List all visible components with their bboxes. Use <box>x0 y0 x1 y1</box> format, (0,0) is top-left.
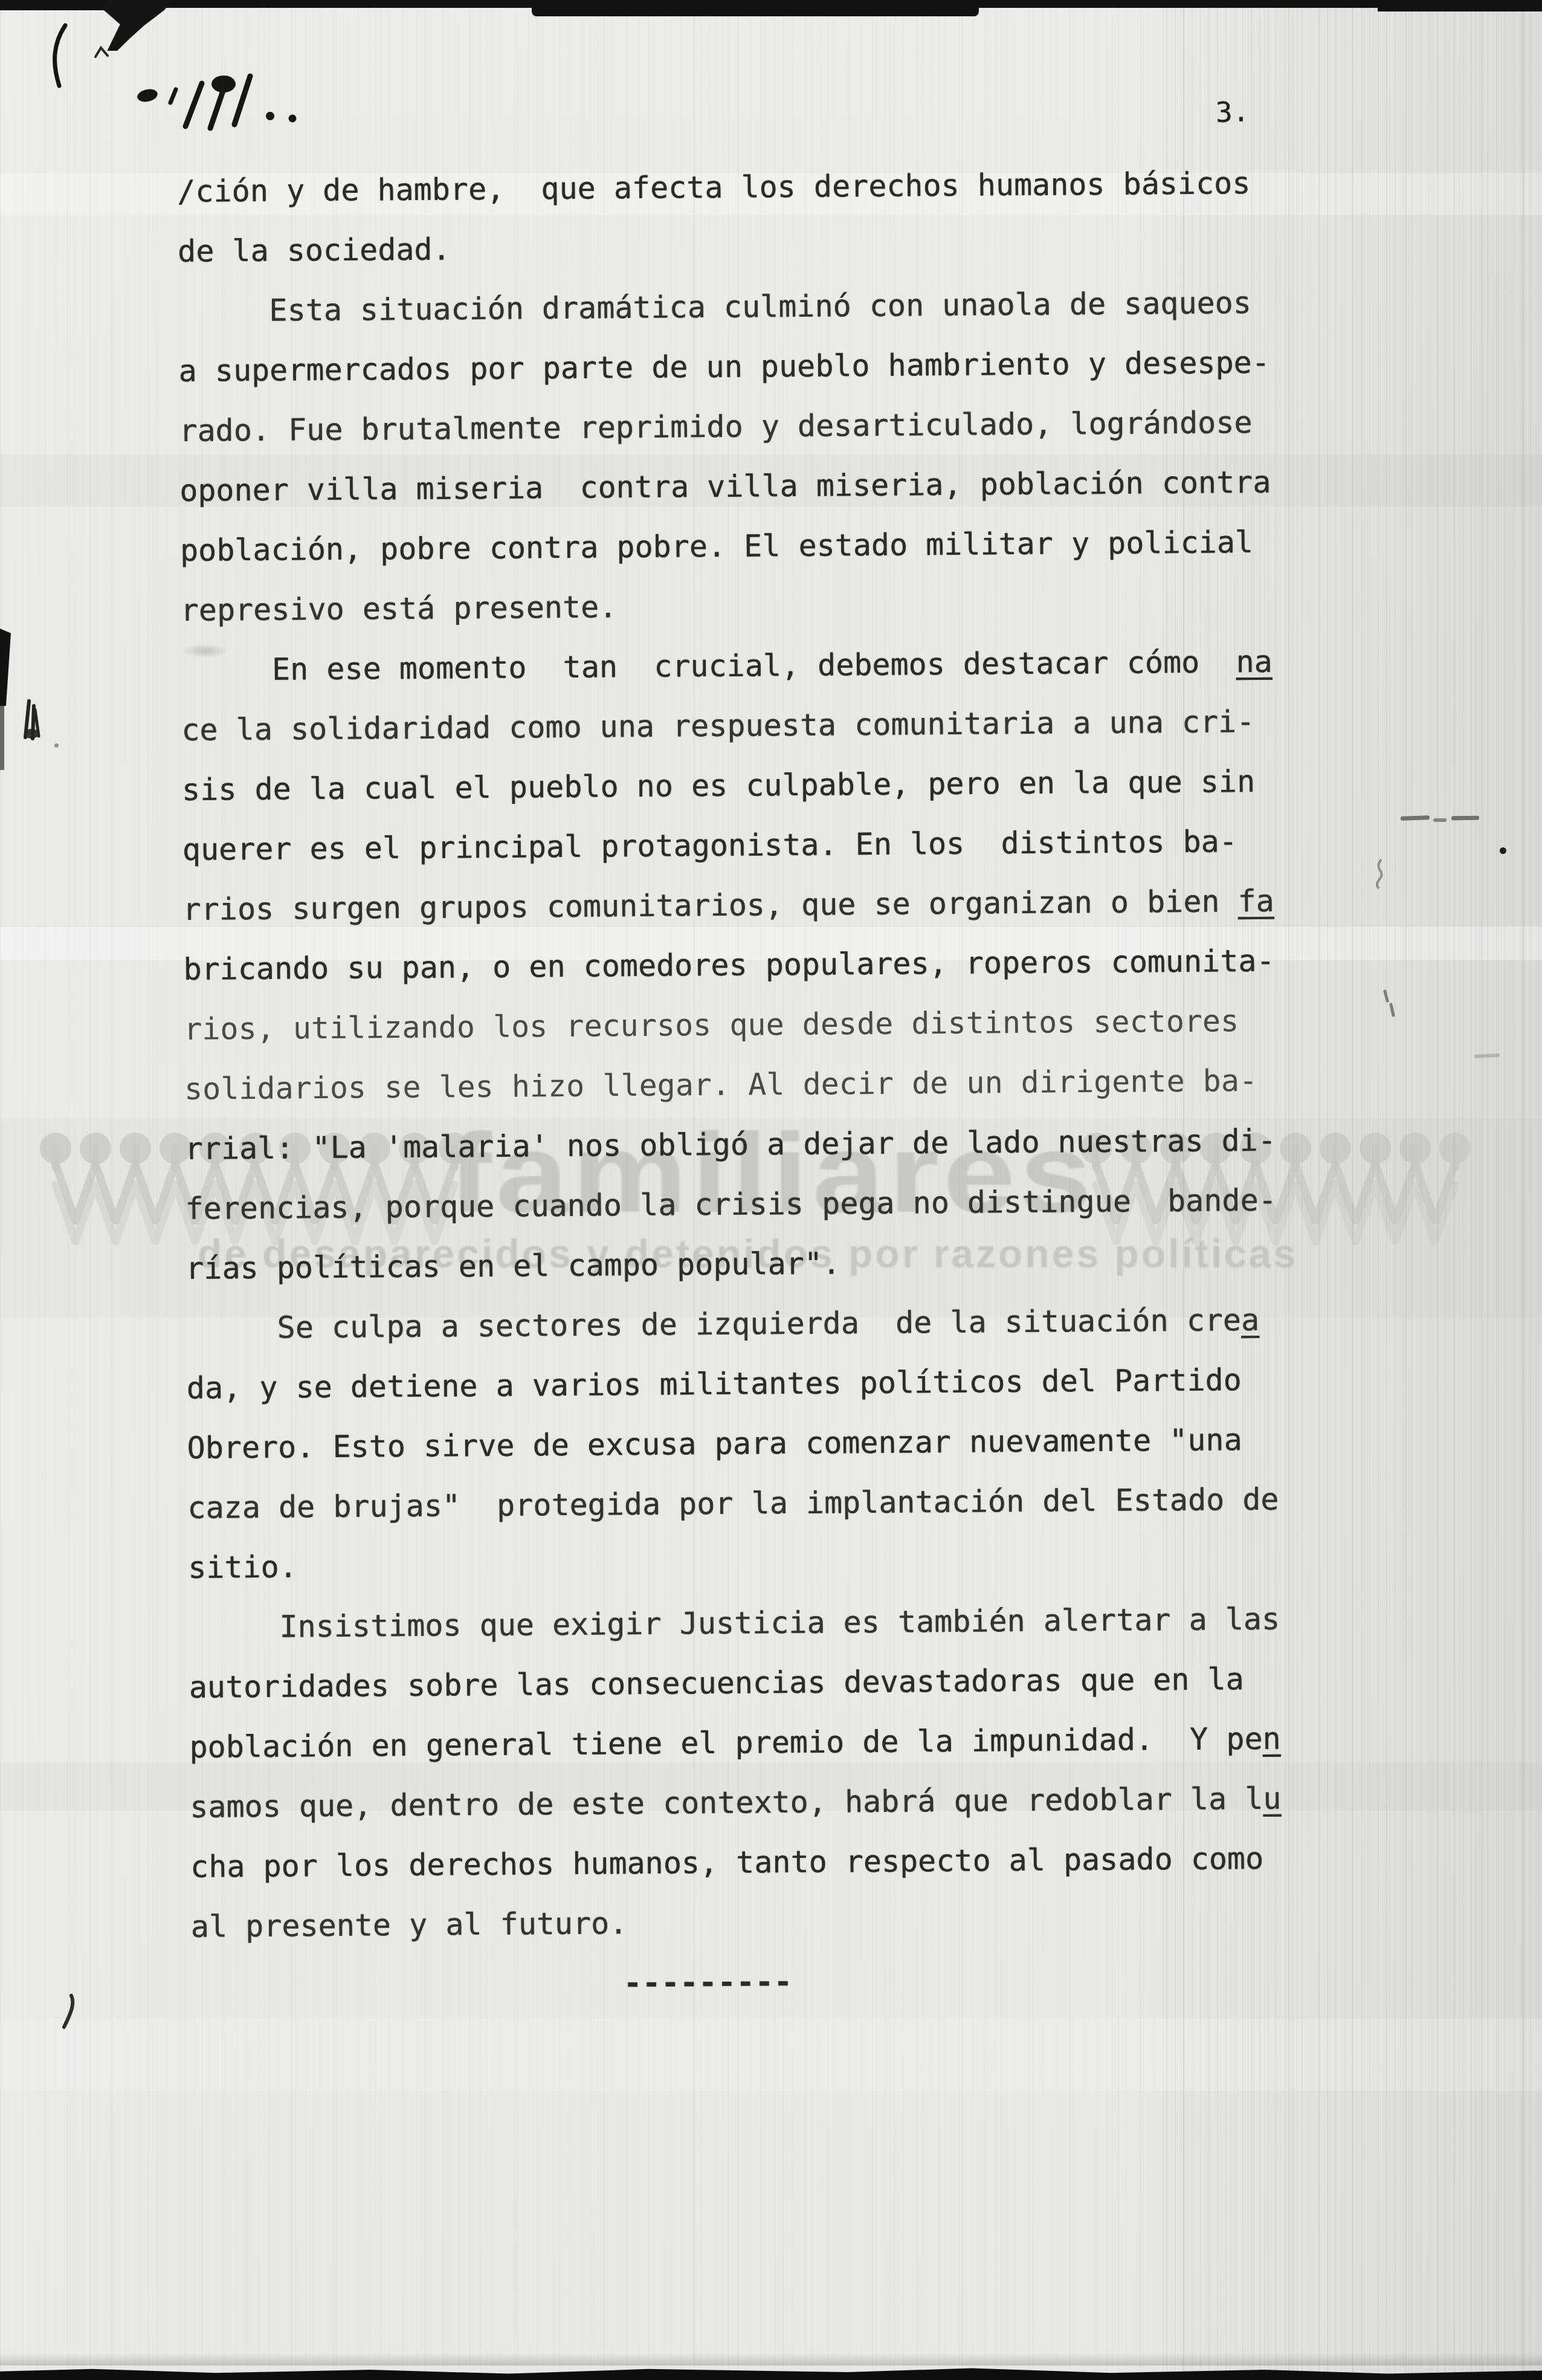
typed-line: Esta situación dramática culminó con una… <box>178 271 1542 341</box>
typed-line: --------- <box>191 1946 1542 2017</box>
typed-line: oponer villa miseria contra villa miseri… <box>179 450 1542 521</box>
scan-edge-left <box>0 629 11 706</box>
underlined-syllable: n <box>1262 1721 1281 1756</box>
typed-text-block: /ción y de hambre, que afecta los derech… <box>177 151 1542 2017</box>
underlined-syllable: u <box>1263 1781 1282 1816</box>
typed-line: represivo está presente. <box>180 570 1542 641</box>
caret-mark <box>94 46 110 58</box>
typed-line: rías políticas en el campo popular". <box>185 1228 1542 1299</box>
typed-line: solidarios se les hizo llegar. Al decir … <box>184 1049 1542 1119</box>
typed-line: Se culpa a sectores de izquierda de la s… <box>186 1288 1542 1359</box>
scan-edge-left <box>0 703 4 770</box>
typed-line: rrios surgen grupos comunitarios, que se… <box>182 869 1542 940</box>
scan-corner-blob <box>102 0 173 51</box>
underlined-syllable: na <box>1236 644 1273 679</box>
typed-line: rrial: "La 'malaria' nos obligó a dejar … <box>184 1108 1542 1179</box>
typed-line: a supermercados por parte de un pueblo h… <box>178 331 1542 401</box>
ink-tick-bottom-left <box>59 1992 86 2032</box>
typed-line: población, pobre contra pobre. El estado… <box>180 510 1542 581</box>
typed-line: al presente y al futuro. <box>191 1886 1542 1957</box>
typed-line: En ese momento tan crucial, debemos dest… <box>181 630 1542 700</box>
scan-edge-shadow <box>0 2353 1542 2365</box>
typed-line: Obrero. Esto sirve de excusa para comenz… <box>187 1408 1542 1478</box>
ink-hook-mark <box>50 23 71 89</box>
scan-band <box>0 2019 1542 2091</box>
typed-line: sis de la cual el pueblo no es culpable,… <box>182 749 1542 820</box>
typed-line: da, y se detiene a varios militantes pol… <box>187 1348 1542 1418</box>
typed-line: ce la solidaridad como una respuesta com… <box>181 690 1542 760</box>
ink-blot-left-margin <box>17 694 48 741</box>
scan-edge-bottom <box>0 2364 1542 2380</box>
scan-edge-top <box>1378 0 1542 11</box>
typed-line: samos que, dentro de este contexto, habr… <box>190 1767 1542 1837</box>
speck <box>54 743 59 748</box>
typed-line: Insistimos que exigir Justicia es tambié… <box>189 1587 1542 1658</box>
underlined-syllable: a <box>1241 1302 1260 1337</box>
page-number: 3. <box>1215 95 1250 129</box>
typed-line: cha por los derechos humanos, tanto resp… <box>190 1826 1542 1897</box>
typed-line: ferencias, porque cuando la crisis pega … <box>185 1168 1542 1239</box>
typed-line: población en general tiene el premio de … <box>189 1707 1542 1777</box>
typed-line: /ción y de hambre, que afecta los derech… <box>177 151 1542 222</box>
scanned-document-page: familiares de desaparecidos y detenidos … <box>0 0 1542 2380</box>
handwritten-mark <box>118 68 306 137</box>
typed-line: caza de brujas" protegida por la implant… <box>187 1467 1542 1538</box>
typed-line: bricando su pan, o en comedores populare… <box>183 929 1542 1000</box>
underlined-syllable: fa <box>1237 884 1274 919</box>
typed-line: de la sociedad. <box>178 211 1542 282</box>
scan-edge-top <box>532 0 979 16</box>
typed-line: rado. Fue brutalmente reprimido y desart… <box>179 390 1542 461</box>
typed-line: autoridades sobre las consecuencias deva… <box>189 1647 1542 1718</box>
scan-edge-top <box>0 0 106 10</box>
typed-line: querer es el principal protagonista. En … <box>182 809 1542 880</box>
typed-line: rios, utilizando los recursos que desde … <box>184 989 1542 1059</box>
typed-line: sitio. <box>188 1527 1542 1598</box>
